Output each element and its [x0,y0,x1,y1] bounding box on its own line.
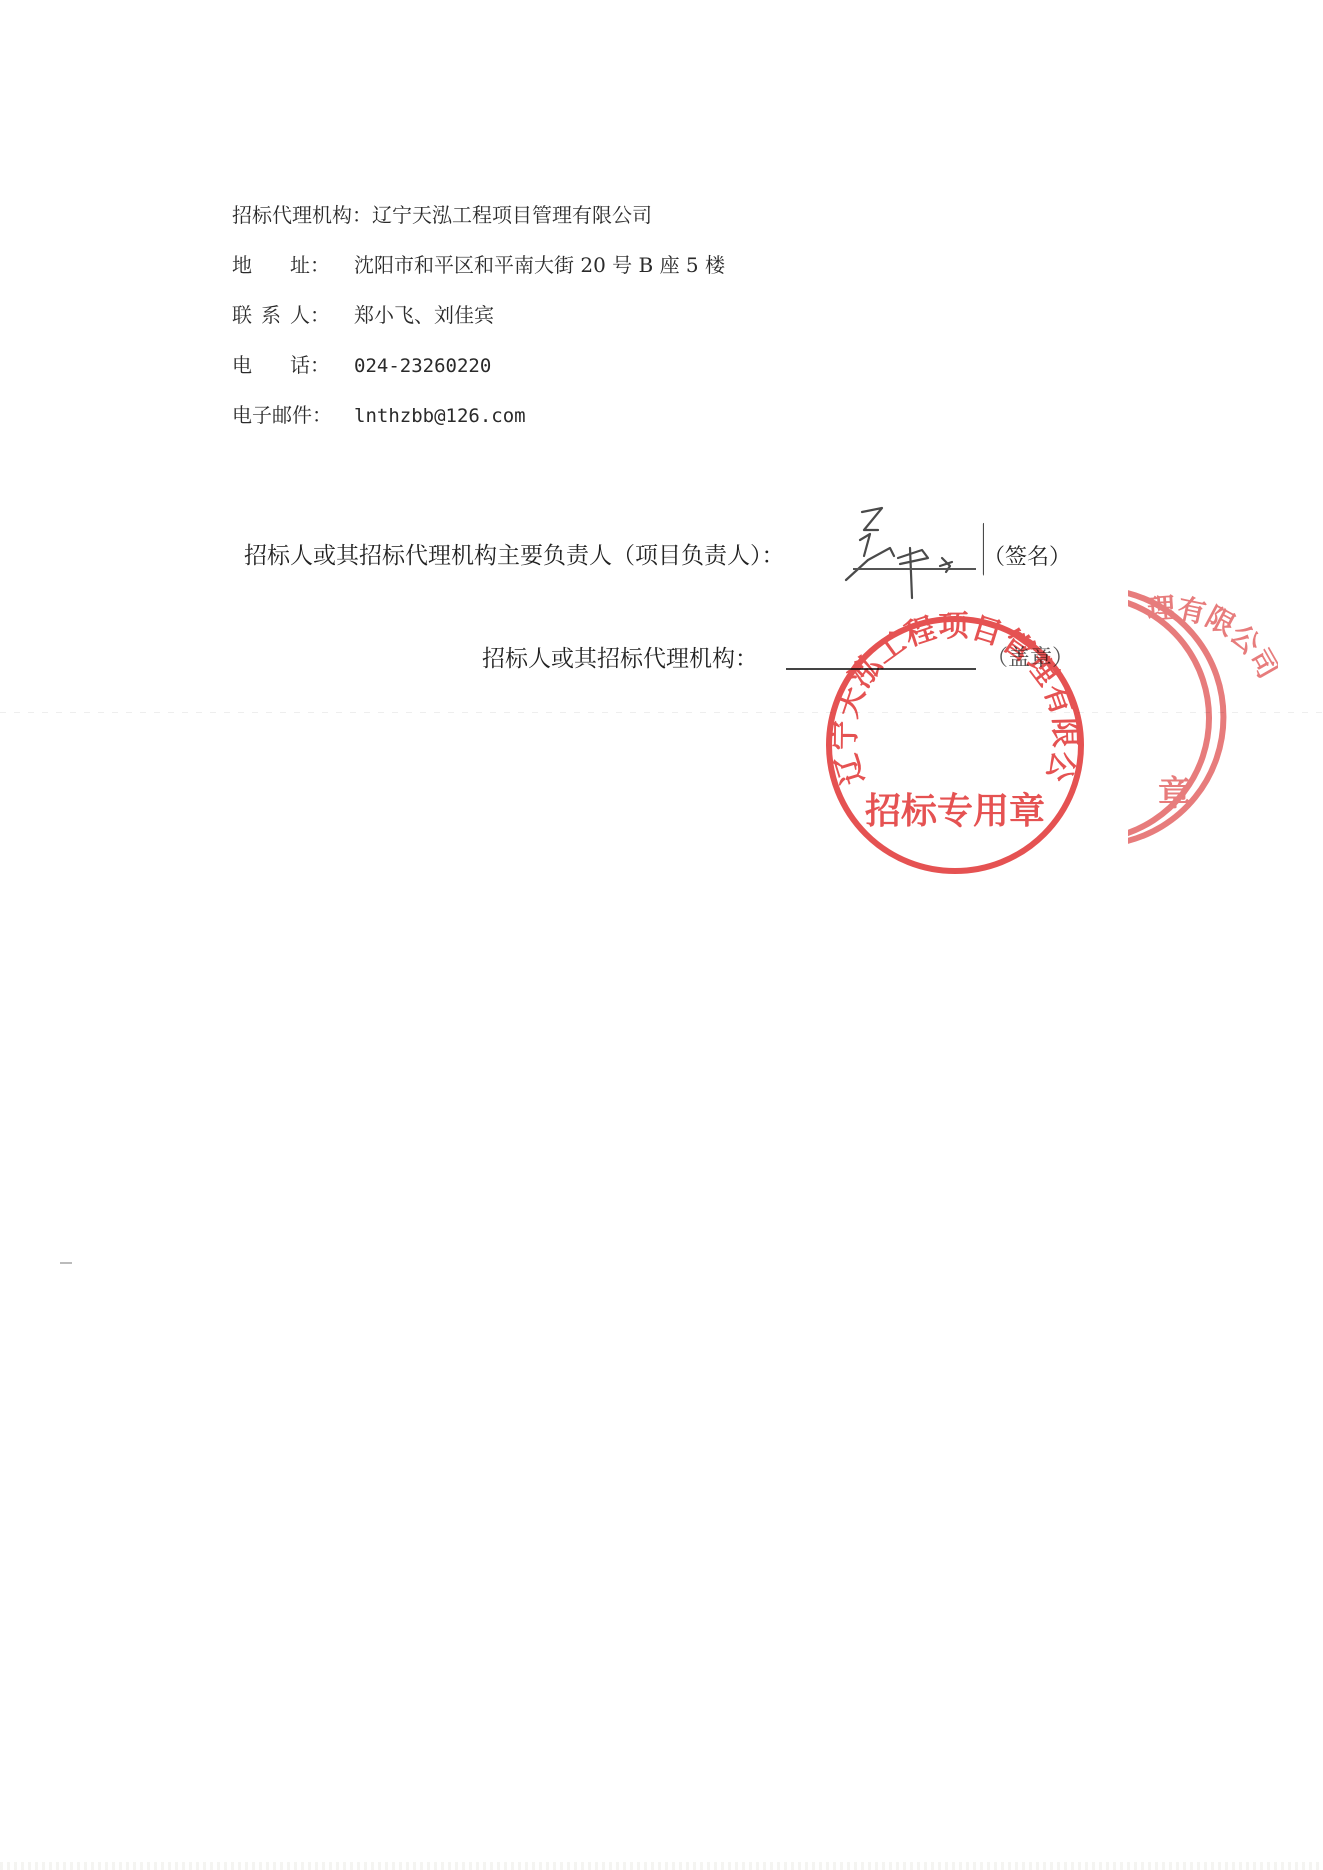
contact-person-label: 联 系 人： [232,290,330,340]
address-value: 沈阳市和平区和平南大街 20 号 B 座 5 楼 [354,240,725,290]
email-value: lnthzbb@126.com [354,391,526,441]
agency-label: 招标代理机构： [232,190,372,240]
address-label: 地 址： [232,240,330,290]
stamp-ring-text: 辽宁天泓工程项目管理有限公司 [815,605,1082,789]
phone-label: 电 话： [232,340,330,390]
email-label: 电子邮件： [232,390,354,440]
agency-value: 辽宁天泓工程项目管理有限公司 [372,190,652,240]
agency-row: 招标代理机构： 辽宁天泓工程项目管理有限公司 [232,190,725,240]
partial-stamp-center-text: 章 [1158,774,1192,814]
handwritten-signature: 郑小飞 [834,500,984,600]
signature-suffix: （签名） [983,540,1071,571]
svg-text:辽宁天泓工程项目管理有限公司: 辽宁天泓工程项目管理有限公司 [815,605,1082,789]
scan-artifact-mark [60,1262,72,1264]
contact-info-block: 招标代理机构： 辽宁天泓工程项目管理有限公司 地 址： 沈阳市和平区和平南大街 … [232,190,725,440]
signature-underline [853,568,976,570]
scan-bottom-edge [0,1862,1323,1870]
email-row: 电子邮件： lnthzbb@126.com [232,390,725,440]
contact-person-row: 联 系 人： 郑小飞、刘佳宾 [232,290,725,340]
contact-person-value: 郑小飞、刘佳宾 [354,290,494,340]
partial-seal-stamp: 理有限公司 章 [1128,580,1278,860]
signature-label: 招标人或其招标代理机构主要负责人（项目负责人）： [244,537,785,570]
phone-row: 电 话： 024-23260220 [232,340,725,390]
scan-artifact-line [0,712,1323,713]
stamp-center-text: 招标专用章 [865,790,1045,832]
company-seal-stamp: 辽宁天泓工程项目管理有限公司 招标专用章 [815,605,1095,885]
address-row: 地 址： 沈阳市和平区和平南大街 20 号 B 座 5 楼 [232,240,725,290]
document-page: 招标代理机构： 辽宁天泓工程项目管理有限公司 地 址： 沈阳市和平区和平南大街 … [0,0,1323,1870]
phone-value: 024-23260220 [354,341,491,391]
seal-label: 招标人或其招标代理机构： [482,640,758,673]
